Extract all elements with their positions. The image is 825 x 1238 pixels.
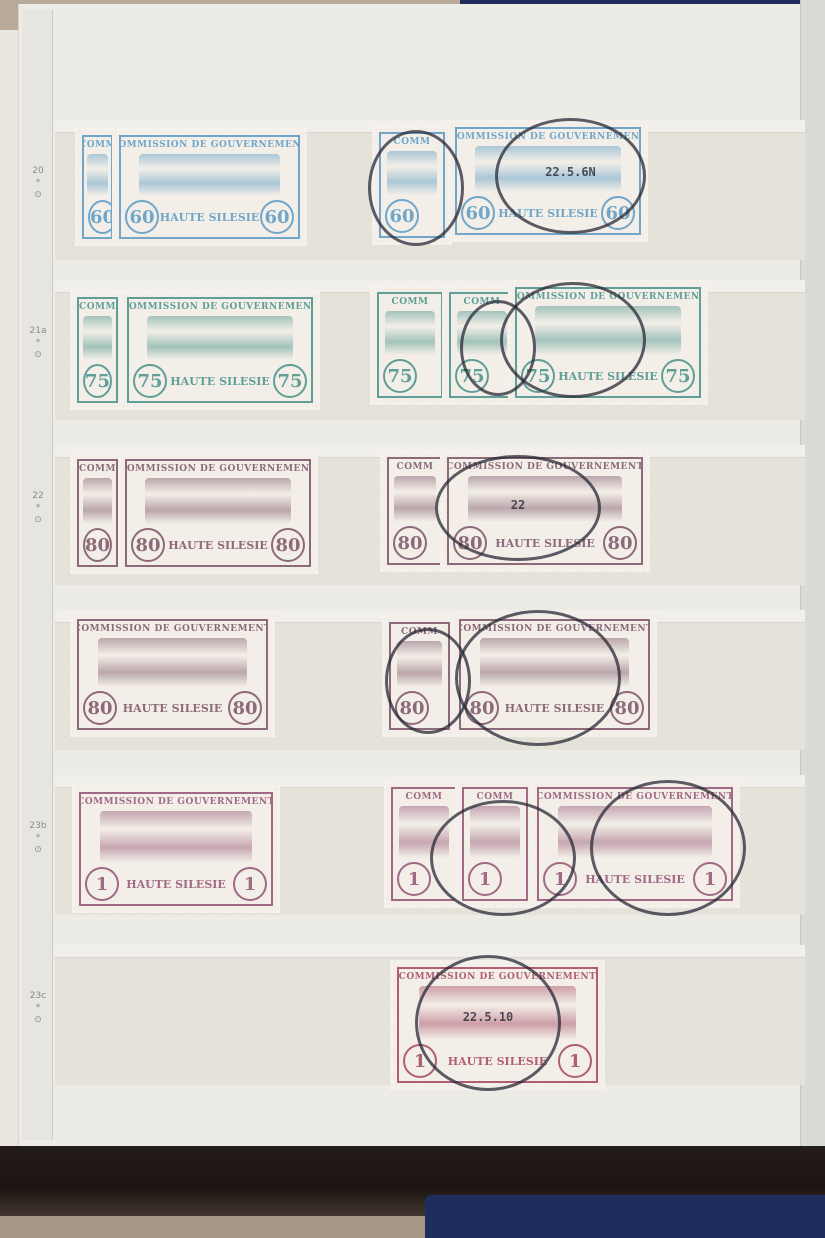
stamp-frame: COMMISSION DE GOUVERNEMENT60HAUTE SILESI… bbox=[119, 135, 300, 239]
stamp-footer: 75HAUTE SILESIE75 bbox=[379, 359, 441, 396]
stamp-footer: 75HAUTE SILESIE75 bbox=[517, 359, 699, 396]
stamp-country-text: HAUTE SILESIE bbox=[558, 370, 658, 383]
stamp-value-left: 75 bbox=[133, 364, 167, 398]
stamp-value-right: 80 bbox=[271, 528, 305, 562]
stamp-header-text: COMMISSION DE GOUVERNEMENT bbox=[537, 792, 733, 802]
pencil-catalog-note: 20*⊙ bbox=[26, 165, 50, 201]
stamp-value-right: 80 bbox=[228, 691, 262, 725]
stamp-header-text: COMMISSION DE GOUVERNEMENT bbox=[459, 624, 650, 634]
mint-mark: * bbox=[26, 502, 50, 514]
industrial-landscape-with-dove-icon bbox=[470, 806, 520, 858]
used-stamp: COMMISSION DE GOUVERNEMENT1HAUTE SILESIE… bbox=[530, 780, 740, 908]
stamp-value-right: 1 bbox=[558, 1044, 592, 1078]
stamp-value-left: 1 bbox=[397, 862, 431, 896]
stamp-header-text: COMMISSION DE GOUVERNEMENT bbox=[447, 462, 643, 472]
mint-mark: * bbox=[26, 177, 50, 189]
stamp-value-left: 80 bbox=[465, 691, 499, 725]
stamp-header-text: COMM bbox=[401, 627, 438, 637]
stamp-header-text: COMMISSION DE GOUVERNEMENT bbox=[455, 132, 641, 142]
industrial-landscape-with-dove-icon bbox=[394, 476, 436, 522]
stamp-header-text: COMMISSION DE GOUVERNEMENT bbox=[77, 624, 268, 634]
industrial-landscape-with-dove-icon bbox=[147, 316, 293, 360]
used-stamp: COMMISSION DE GOUVERNEMENT1HAUTE SILESIE… bbox=[390, 960, 605, 1090]
stamp-value-left: 80 bbox=[393, 526, 427, 560]
stamp-country-text: HAUTE SILESIE bbox=[126, 878, 226, 891]
stamp-frame: COMMISSION DE GOUVERNEMENT80HAUTE SILESI… bbox=[125, 459, 311, 567]
stamp-footer: 80HAUTE SILESIE80 bbox=[127, 528, 309, 565]
stamp-value-left: 60 bbox=[461, 196, 495, 230]
stamp-value-right: 1 bbox=[233, 867, 267, 901]
stamp-value-right: 60 bbox=[601, 196, 635, 230]
used-mark: ⊙ bbox=[26, 844, 50, 856]
stamp-value-right: 75 bbox=[273, 364, 307, 398]
stamp-header-text: COMMISSION DE GOUVERNEMENT bbox=[119, 140, 300, 150]
mint-mark: * bbox=[26, 832, 50, 844]
used-stamp: COMMISSION DE GOUVERNEMENT75HAUTE SILESI… bbox=[508, 280, 708, 405]
mint-mark: * bbox=[26, 1002, 50, 1014]
stamp-header-text: COMMISSION DE GOUVERNEMENT bbox=[515, 292, 701, 302]
stamp-frame: COMM80HAUTE SILESIE80 bbox=[387, 457, 443, 565]
stamp-country-text: HAUTE SILESIE bbox=[495, 537, 595, 550]
stamp-header-text: COMM bbox=[82, 140, 113, 150]
catalog-number: 22 bbox=[26, 490, 50, 502]
stamp-value-left: 80 bbox=[131, 528, 165, 562]
stamp-country-text: HAUTE SILESIE bbox=[168, 539, 268, 552]
stamp-value-right: 80 bbox=[610, 691, 644, 725]
used-stamp: COMMISSION DE GOUVERNEMENT60HAUTE SILESI… bbox=[448, 120, 648, 242]
stamp-footer: 1HAUTE SILESIE1 bbox=[399, 1044, 596, 1081]
stamp-header-text: COMM bbox=[79, 302, 116, 312]
catalog-number: 20 bbox=[26, 165, 50, 177]
used-stamp: COMM1HAUTE SILESIE1 bbox=[384, 780, 464, 908]
stamp-frame: COMMISSION DE GOUVERNEMENT80HAUTE SILESI… bbox=[77, 619, 268, 730]
mint-stamp: COMM80HAUTE SILESIE80 bbox=[70, 452, 125, 574]
stamp-country-text: HAUTE SILESIE bbox=[160, 211, 260, 224]
stamp-footer: 80HAUTE SILESIE80 bbox=[389, 526, 441, 563]
industrial-landscape-with-dove-icon bbox=[397, 641, 443, 687]
stamp-value-left: 60 bbox=[125, 200, 159, 234]
stamp-value-left: 1 bbox=[543, 862, 577, 896]
used-mark: ⊙ bbox=[26, 514, 50, 526]
stamp-frame: COMM60HAUTE SILESIE60 bbox=[379, 132, 445, 238]
stamp-footer: 80HAUTE SILESIE80 bbox=[391, 691, 448, 728]
stamp-value-left: 75 bbox=[455, 359, 489, 393]
stamp-frame: COMM80HAUTE SILESIE80 bbox=[77, 459, 118, 567]
stamp-frame: COMMISSION DE GOUVERNEMENT75HAUTE SILESI… bbox=[515, 287, 701, 398]
stamp-header-text: COMM bbox=[477, 792, 514, 802]
stamp-frame: COMMISSION DE GOUVERNEMENT1HAUTE SILESIE… bbox=[537, 787, 733, 901]
industrial-landscape-with-dove-icon bbox=[457, 311, 507, 355]
stamp-value-left: 75 bbox=[521, 359, 555, 393]
pencil-catalog-note: 22*⊙ bbox=[26, 490, 50, 526]
strip-film-edge bbox=[55, 945, 805, 958]
stamp-header-text: COMM bbox=[464, 297, 501, 307]
stamp-frame: COMM80HAUTE SILESIE80 bbox=[389, 622, 450, 730]
stamp-footer: 75HAUTE SILESIE75 bbox=[451, 359, 513, 396]
pencil-catalog-note: 23b*⊙ bbox=[26, 820, 50, 856]
stamp-frame: COMMISSION DE GOUVERNEMENT75HAUTE SILESI… bbox=[127, 297, 313, 403]
stamp-value-left: 80 bbox=[453, 526, 487, 560]
stamp-value-left: 80 bbox=[83, 528, 112, 562]
stamp-header-text: COMMISSION DE GOUVERNEMENT bbox=[399, 972, 597, 982]
stamp-value-right: 60 bbox=[260, 200, 294, 234]
stamp-footer: 75HAUTE SILESIE75 bbox=[129, 364, 311, 401]
stamp-value-left: 60 bbox=[88, 200, 113, 234]
stamp-value-left: 1 bbox=[85, 867, 119, 901]
stamp-frame: COMM75HAUTE SILESIE75 bbox=[377, 292, 443, 398]
stamp-footer: 60HAUTE SILESIE60 bbox=[121, 200, 298, 237]
blue-album-cover bbox=[425, 1195, 825, 1238]
pencil-catalog-note: 21a*⊙ bbox=[26, 325, 50, 361]
stamp-value-left: 75 bbox=[83, 364, 112, 398]
stamp-country-text: HAUTE SILESIE bbox=[498, 207, 598, 220]
mint-stamp: COMMISSION DE GOUVERNEMENT60HAUTE SILESI… bbox=[112, 128, 307, 246]
catalog-number: 21a bbox=[26, 325, 50, 337]
stamp-frame: COMM1HAUTE SILESIE1 bbox=[462, 787, 528, 901]
stamp-value-left: 60 bbox=[385, 199, 419, 233]
used-stamp: COMM75HAUTE SILESIE75 bbox=[370, 285, 450, 405]
used-stamp: COMM1HAUTE SILESIE1 bbox=[455, 780, 535, 908]
stamp-footer: 60HAUTE SILESIE60 bbox=[381, 199, 443, 236]
stamp-header-text: COMMISSION DE GOUVERNEMENT bbox=[125, 464, 311, 474]
stamp-country-text: HAUTE SILESIE bbox=[448, 1055, 548, 1068]
industrial-landscape-with-dove-icon bbox=[419, 986, 577, 1040]
industrial-landscape-with-dove-icon bbox=[145, 478, 291, 524]
stamp-header-text: COMMISSION DE GOUVERNEMENT bbox=[127, 302, 313, 312]
stamp-value-left: 75 bbox=[383, 359, 417, 393]
mint-mark: * bbox=[26, 337, 50, 349]
stamp-footer: 80HAUTE SILESIE80 bbox=[461, 691, 648, 728]
stamp-footer: 1HAUTE SILESIE1 bbox=[464, 862, 526, 899]
stamp-country-text: HAUTE SILESIE bbox=[505, 702, 605, 715]
industrial-landscape-with-dove-icon bbox=[385, 311, 435, 355]
industrial-landscape-with-dove-icon bbox=[100, 811, 252, 863]
stamp-footer: 80HAUTE SILESIE80 bbox=[449, 526, 641, 563]
stamp-value-left: 80 bbox=[395, 691, 429, 725]
industrial-landscape-with-dove-icon bbox=[83, 478, 113, 524]
stamp-footer: 1HAUTE SILESIE1 bbox=[81, 867, 271, 904]
stamp-footer: 80HAUTE SILESIE80 bbox=[79, 691, 266, 728]
mint-stamp: COMMISSION DE GOUVERNEMENT1HAUTE SILESIE… bbox=[72, 785, 280, 913]
used-stamp: COMM80HAUTE SILESIE80 bbox=[382, 615, 457, 737]
mint-stamp: COMM75HAUTE SILESIE75 bbox=[70, 290, 125, 410]
used-mark: ⊙ bbox=[26, 349, 50, 361]
stamp-value-left: 80 bbox=[83, 691, 117, 725]
industrial-landscape-with-dove-icon bbox=[535, 306, 681, 355]
industrial-landscape-with-dove-icon bbox=[399, 806, 449, 858]
stamp-frame: COMMISSION DE GOUVERNEMENT1HAUTE SILESIE… bbox=[397, 967, 598, 1083]
industrial-landscape-with-dove-icon bbox=[475, 146, 621, 192]
used-stamp: COMMISSION DE GOUVERNEMENT80HAUTE SILESI… bbox=[440, 450, 650, 572]
stamp-footer: 75HAUTE SILESIE75 bbox=[79, 364, 116, 401]
stamp-country-text: HAUTE SILESIE bbox=[123, 702, 223, 715]
stamp-frame: COMMISSION DE GOUVERNEMENT80HAUTE SILESI… bbox=[447, 457, 643, 565]
stamp-frame: COMMISSION DE GOUVERNEMENT80HAUTE SILESI… bbox=[459, 619, 650, 730]
stamp-footer: 60HAUTE SILESIE60 bbox=[84, 200, 111, 237]
stamp-header-text: COMM bbox=[79, 464, 116, 474]
stamp-value-right: 75 bbox=[661, 359, 695, 393]
stamp-header-text: COMMISSION DE GOUVERNEMENT bbox=[79, 797, 273, 807]
stamp-frame: COMM75HAUTE SILESIE75 bbox=[77, 297, 118, 403]
industrial-landscape-with-dove-icon bbox=[468, 476, 622, 522]
mint-stamp: COMMISSION DE GOUVERNEMENT80HAUTE SILESI… bbox=[70, 612, 275, 737]
mint-stamp: COMMISSION DE GOUVERNEMENT75HAUTE SILESI… bbox=[120, 290, 320, 410]
industrial-landscape-with-dove-icon bbox=[480, 638, 630, 687]
catalog-number: 23b bbox=[26, 820, 50, 832]
stamp-footer: 60HAUTE SILESIE60 bbox=[457, 196, 639, 233]
stamp-value-left: 1 bbox=[403, 1044, 437, 1078]
industrial-landscape-with-dove-icon bbox=[83, 316, 113, 360]
stamp-header-text: COMM bbox=[406, 792, 443, 802]
used-stamp: COMM60HAUTE SILESIE60 bbox=[372, 125, 452, 245]
stamp-header-text: COMM bbox=[397, 462, 434, 472]
stamp-header-text: COMM bbox=[394, 137, 431, 147]
stamp-value-right: 1 bbox=[693, 862, 727, 896]
pencil-catalog-note: 23c*⊙ bbox=[26, 990, 50, 1026]
stamp-frame: COMM60HAUTE SILESIE60 bbox=[82, 135, 113, 239]
catalog-number: 23c bbox=[26, 990, 50, 1002]
stamp-frame: COMM1HAUTE SILESIE1 bbox=[391, 787, 457, 901]
stamp-frame: COMMISSION DE GOUVERNEMENT1HAUTE SILESIE… bbox=[79, 792, 273, 906]
stamp-footer: 1HAUTE SILESIE1 bbox=[539, 862, 731, 899]
used-mark: ⊙ bbox=[26, 1014, 50, 1026]
stamp-header-text: COMM bbox=[392, 297, 429, 307]
stamp-frame: COMMISSION DE GOUVERNEMENT60HAUTE SILESI… bbox=[455, 127, 641, 235]
industrial-landscape-with-dove-icon bbox=[558, 806, 712, 858]
stamp-country-text: HAUTE SILESIE bbox=[170, 375, 270, 388]
stamp-country-text: HAUTE SILESIE bbox=[585, 873, 685, 886]
industrial-landscape-with-dove-icon bbox=[98, 638, 248, 687]
industrial-landscape-with-dove-icon bbox=[87, 154, 109, 196]
stamp-frame: COMM75HAUTE SILESIE75 bbox=[449, 292, 515, 398]
stamp-footer: 1HAUTE SILESIE1 bbox=[393, 862, 455, 899]
used-mark: ⊙ bbox=[26, 189, 50, 201]
industrial-landscape-with-dove-icon bbox=[387, 151, 437, 195]
mint-stamp: COMMISSION DE GOUVERNEMENT80HAUTE SILESI… bbox=[118, 452, 318, 574]
used-stamp: COMMISSION DE GOUVERNEMENT80HAUTE SILESI… bbox=[452, 612, 657, 737]
industrial-landscape-with-dove-icon bbox=[139, 154, 281, 196]
stamp-value-left: 1 bbox=[468, 862, 502, 896]
stamp-footer: 80HAUTE SILESIE80 bbox=[79, 528, 116, 565]
stamp-value-right: 80 bbox=[603, 526, 637, 560]
